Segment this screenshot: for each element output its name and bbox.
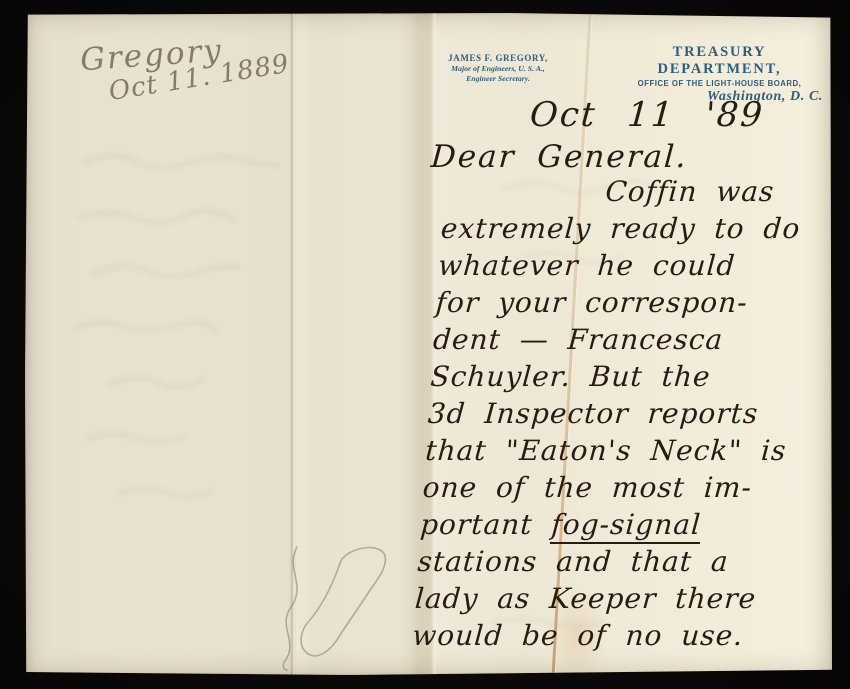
letter-sheet: Gregory Oct 11. 1889 JAMES F. GREGORY, M… xyxy=(25,13,832,675)
pencil-scribble xyxy=(25,13,832,675)
photo-background: Gregory Oct 11. 1889 JAMES F. GREGORY, M… xyxy=(0,0,850,689)
